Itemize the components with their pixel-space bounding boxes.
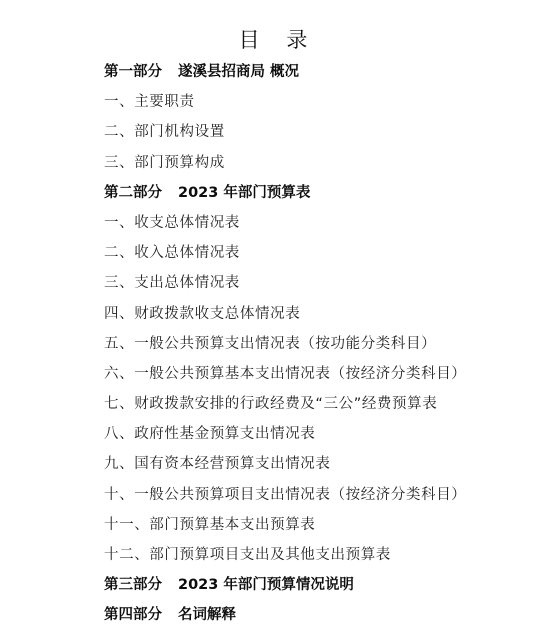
entry-text: 十二、部门预算项目支出及其他支出预算表 — [104, 547, 391, 563]
part-title: 名词解释 — [178, 607, 236, 623]
part-title: 2023 年部门预算表 — [178, 185, 310, 201]
entry-text: 三、部门预算构成 — [104, 155, 225, 171]
entry-text: 一、收支总体情况表 — [104, 215, 240, 231]
toc-entry[interactable]: 三、支出总体情况表 — [104, 272, 466, 302]
entry-text: 十一、部门预算基本支出预算表 — [104, 517, 315, 533]
entry-text: 二、收入总体情况表 — [104, 245, 240, 261]
entry-text: 一、主要职责 — [104, 94, 195, 110]
toc-part-3[interactable]: 第三部分2023 年部门预算情况说明 — [104, 574, 466, 604]
part-label: 第三部分 — [104, 574, 162, 596]
toc-entry[interactable]: 六、一般公共预算基本支出情况表（按经济分类科目） — [104, 363, 466, 393]
toc-entry[interactable]: 二、收入总体情况表 — [104, 242, 466, 272]
entry-text: 九、国有资本经营预算支出情况表 — [104, 456, 331, 472]
toc-part-2[interactable]: 第二部分2023 年部门预算表 — [104, 182, 466, 212]
toc-part-1[interactable]: 第一部分遂溪县招商局 概况 — [104, 61, 466, 91]
entry-text: 六、一般公共预算基本支出情况表（按经济分类科目） — [104, 366, 466, 382]
toc-entry[interactable]: 十二、部门预算项目支出及其他支出预算表 — [104, 544, 466, 574]
entry-text: 四、财政拨款收支总体情况表 — [104, 306, 300, 322]
toc-entry[interactable]: 三、部门预算构成 — [104, 152, 466, 182]
entry-text: 三、支出总体情况表 — [104, 275, 240, 291]
part-label: 第二部分 — [104, 182, 162, 204]
toc-entry[interactable]: 八、政府性基金预算支出情况表 — [104, 423, 466, 453]
toc-entry[interactable]: 四、财政拨款收支总体情况表 — [104, 303, 466, 333]
entry-text: 五、一般公共预算支出情况表（按功能分类科目） — [104, 336, 436, 352]
toc-entry[interactable]: 十、一般公共预算项目支出情况表（按经济分类科目） — [104, 484, 466, 514]
part-label: 第四部分 — [104, 604, 162, 626]
entry-text: 十、一般公共预算项目支出情况表（按经济分类科目） — [104, 487, 466, 503]
part-label: 第一部分 — [104, 61, 162, 83]
entry-text: 七、财政拨款安排的行政经费及“三公”经费预算表 — [104, 396, 437, 412]
toc-part-4[interactable]: 第四部分名词解释 — [104, 604, 466, 634]
toc-entry[interactable]: 九、国有资本经营预算支出情况表 — [104, 453, 466, 483]
document-page: 目 录 第一部分遂溪县招商局 概况 一、主要职责 二、部门机构设置 三、部门预算… — [0, 0, 552, 640]
toc-entry[interactable]: 一、主要职责 — [104, 91, 466, 121]
toc-entry[interactable]: 五、一般公共预算支出情况表（按功能分类科目） — [104, 333, 466, 363]
part-title: 遂溪县招商局 概况 — [178, 64, 299, 80]
part-title: 2023 年部门预算情况说明 — [178, 577, 354, 593]
toc-entry[interactable]: 七、财政拨款安排的行政经费及“三公”经费预算表 — [104, 393, 466, 423]
toc-title: 目 录 — [0, 27, 552, 53]
toc-entry[interactable]: 十一、部门预算基本支出预算表 — [104, 514, 466, 544]
entry-text: 八、政府性基金预算支出情况表 — [104, 426, 315, 442]
toc-entry[interactable]: 一、收支总体情况表 — [104, 212, 466, 242]
table-of-contents: 第一部分遂溪县招商局 概况 一、主要职责 二、部门机构设置 三、部门预算构成 第… — [104, 61, 466, 635]
toc-entry[interactable]: 二、部门机构设置 — [104, 121, 466, 151]
entry-text: 二、部门机构设置 — [104, 124, 225, 140]
